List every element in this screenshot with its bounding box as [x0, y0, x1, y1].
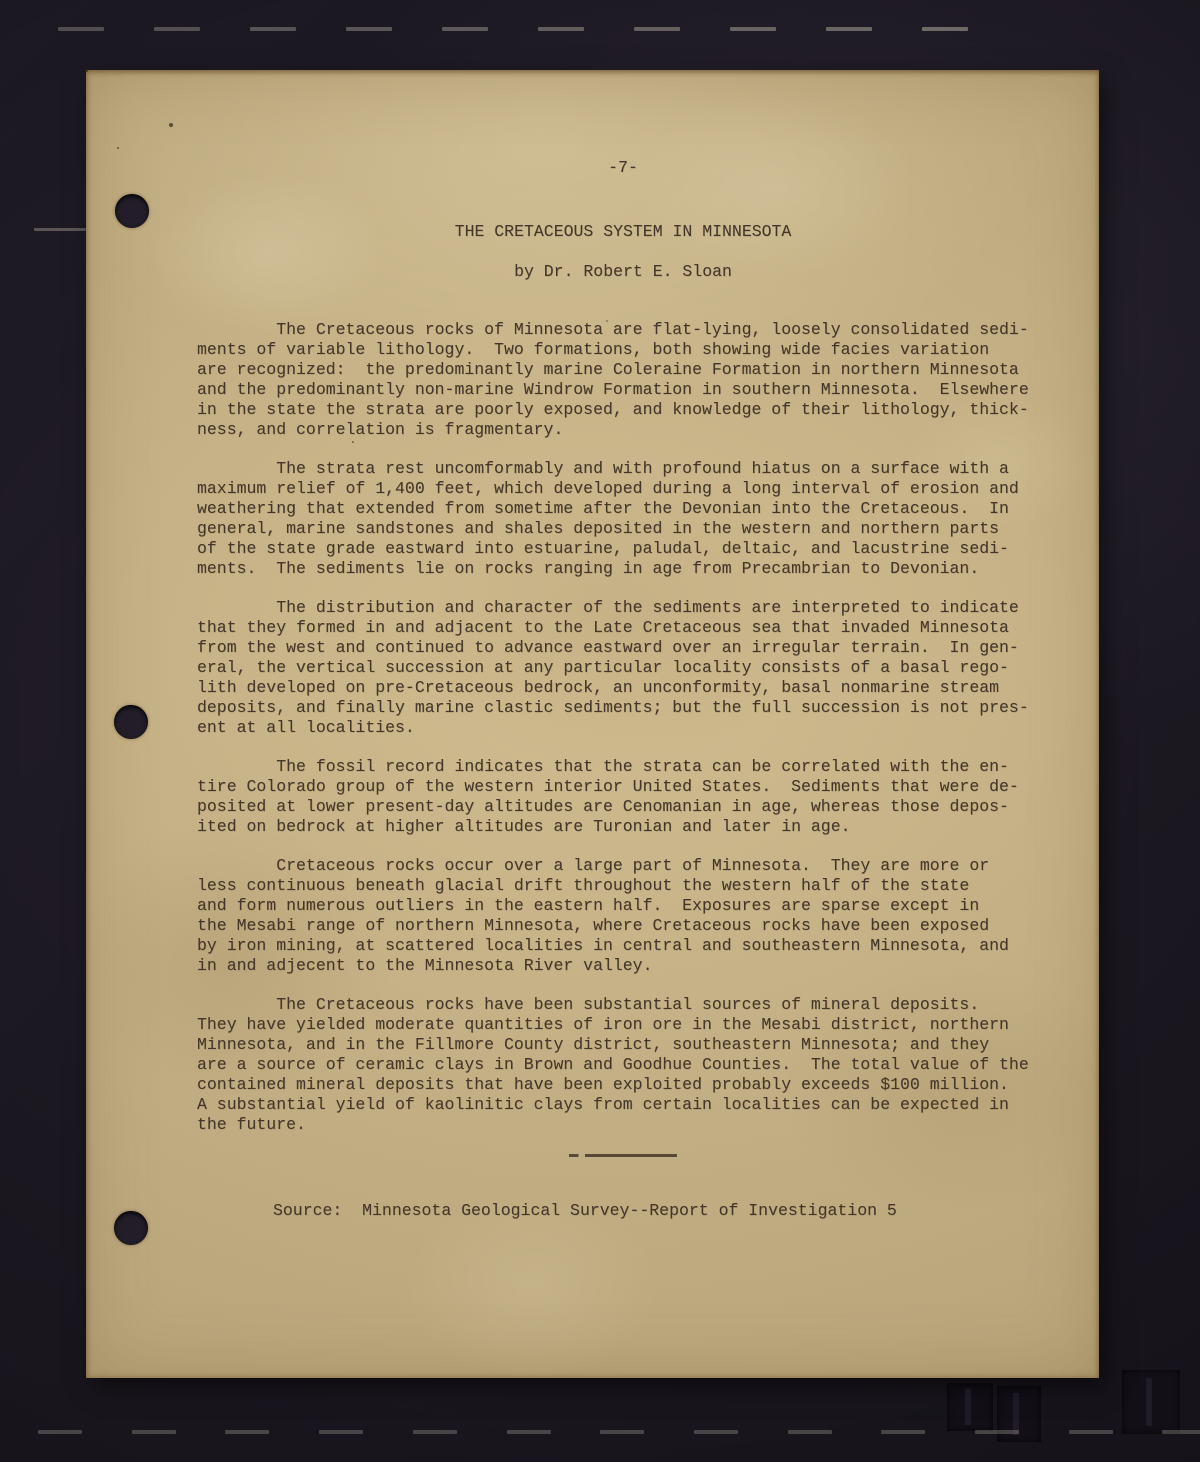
film-mark — [38, 1430, 82, 1434]
paragraph: The distribution and character of the se… — [197, 598, 1049, 738]
film-mark — [881, 1430, 925, 1434]
paragraph: The strata rest uncomformably and with p… — [197, 459, 1049, 579]
paragraph: The Cretaceous rocks have been substanti… — [197, 995, 1049, 1135]
film-splice-mark — [1122, 1370, 1180, 1434]
film-mark — [154, 27, 200, 31]
document-body: The Cretaceous rocks of Minnesota are fl… — [197, 320, 1049, 1135]
paragraph: The Cretaceous rocks of Minnesota are fl… — [197, 320, 1049, 440]
film-mark — [826, 27, 872, 31]
byline: by Dr. Robert E. Sloan — [197, 262, 1049, 282]
film-mark — [600, 1430, 644, 1434]
film-mark — [132, 1430, 176, 1434]
film-splice-mark — [947, 1383, 993, 1431]
punch-hole — [114, 705, 148, 739]
film-mark — [250, 27, 296, 31]
film-mark — [507, 1430, 551, 1434]
film-mark — [788, 1430, 832, 1434]
film-mark — [730, 27, 776, 31]
film-mark — [225, 1430, 269, 1434]
film-mark — [34, 228, 86, 231]
page-number: -7- — [197, 158, 1049, 178]
film-mark — [346, 27, 392, 31]
film-mark — [413, 1430, 457, 1434]
film-mark — [975, 1430, 1019, 1434]
film-mark — [538, 27, 584, 31]
film-mark — [1069, 1430, 1113, 1434]
punch-hole — [115, 194, 149, 228]
paragraph: Cretaceous rocks occur over a large part… — [197, 856, 1049, 976]
film-mark — [442, 27, 488, 31]
punch-hole — [114, 1211, 148, 1245]
film-mark — [694, 1430, 738, 1434]
film-mark — [319, 1430, 363, 1434]
film-mark — [58, 27, 104, 31]
paragraph: The fossil record indicates that the str… — [197, 757, 1049, 837]
section-divider — [569, 1154, 677, 1157]
film-mark — [922, 27, 968, 31]
document-page: -7- THE CRETACEOUS SYSTEM IN MINNESOTA b… — [86, 70, 1099, 1378]
paper-specks — [86, 70, 88, 72]
page-content: -7- THE CRETACEOUS SYSTEM IN MINNESOTA b… — [197, 158, 1049, 1221]
film-mark — [1162, 1430, 1200, 1434]
document-title: THE CRETACEOUS SYSTEM IN MINNESOTA — [197, 222, 1049, 242]
source-line: Source: Minnesota Geological Survey--Rep… — [197, 1201, 1049, 1221]
film-splice-mark — [997, 1386, 1041, 1442]
film-mark — [634, 27, 680, 31]
